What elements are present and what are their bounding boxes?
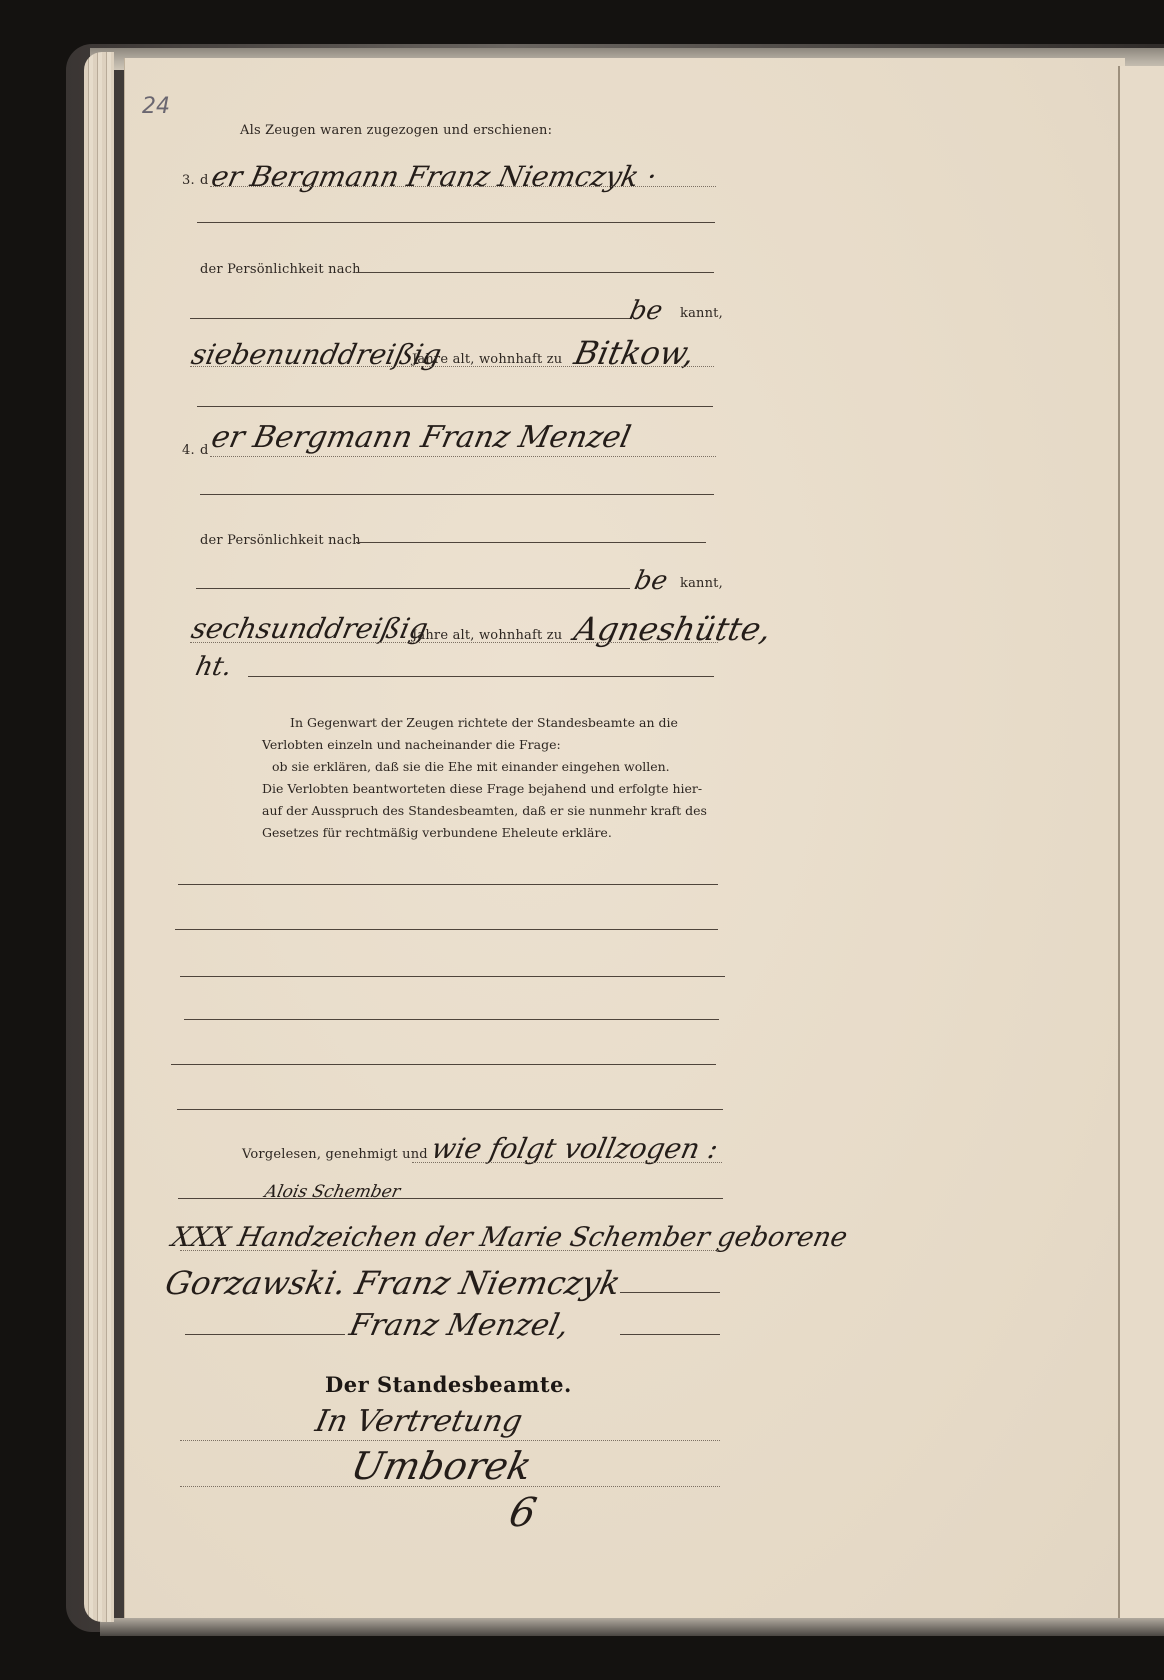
signature-line-4a xyxy=(185,1334,345,1335)
registrar-line-2 xyxy=(180,1486,720,1487)
ceremony-line-2: Verlobten einzeln und nacheinander die F… xyxy=(262,734,722,756)
ceremony-line-5: auf der Ausspruch des Standesbeamten, da… xyxy=(262,800,722,822)
blank-line-2 xyxy=(175,929,718,930)
witness-3-separator-line xyxy=(197,406,713,407)
witness-4-blank-line xyxy=(200,494,714,495)
witness-4-residence-continued: ht. xyxy=(193,652,235,682)
closing-line xyxy=(412,1162,722,1163)
witness-4-age: sechsunddreißig xyxy=(188,612,430,645)
witness-4-identity-label: der Persönlichkeit nach xyxy=(200,533,361,548)
page-number-pencil: 24 xyxy=(142,94,170,119)
witness-4-prefix: d xyxy=(200,443,209,458)
witness-4-continuation-line xyxy=(248,676,714,677)
witness-4-known-line xyxy=(196,588,630,589)
witness-3-residence-line xyxy=(190,366,714,367)
witness-4-residence-line xyxy=(190,642,718,643)
signature-niemczyk: Gorzawski. Franz Niemczyk xyxy=(162,1264,624,1302)
closing-handwritten: wie folgt vollzogen : xyxy=(428,1132,721,1165)
signature-alois: Alois Schember xyxy=(263,1182,402,1202)
ceremony-line-6: Gesetzes für rechtmäßig verbundene Ehele… xyxy=(262,822,722,844)
signature-line-4b xyxy=(620,1334,720,1335)
page-stack-edge xyxy=(84,52,114,1622)
witness-3-known-line xyxy=(190,318,630,319)
witness-4-number: 4. xyxy=(182,443,195,458)
witness-3-known-suffix: kannt, xyxy=(680,306,723,321)
registrar-line-1 xyxy=(180,1440,720,1441)
witness-4-name: er Bergmann Franz Menzel xyxy=(208,420,634,455)
witness-3-number: 3. xyxy=(182,173,195,188)
registrar-title: Der Standesbeamte. xyxy=(325,1372,572,1397)
witness-4-identity-line xyxy=(356,542,706,543)
witness-3-name: er Bergmann Franz Niemczyk · xyxy=(208,160,659,193)
witness-3-prefix: d xyxy=(200,173,209,188)
witness-4-age-label: Jahre alt, wohnhaft zu xyxy=(412,628,562,643)
signature-menzel: Franz Menzel, xyxy=(346,1308,572,1343)
signature-line-3 xyxy=(620,1292,720,1293)
registrar-deputy-note: In Vertretung xyxy=(312,1404,525,1439)
signature-line-2 xyxy=(180,1250,720,1251)
ceremony-line-1: In Gegenwart der Zeugen richtete der Sta… xyxy=(262,712,722,734)
ceremony-paragraph: In Gegenwart der Zeugen richtete der Sta… xyxy=(262,712,722,844)
facing-page-edge xyxy=(1120,66,1164,1618)
witness-4-name-line xyxy=(210,456,716,457)
witness-3-age-label: Jahre alt, wohnhaft zu xyxy=(412,352,562,367)
witness-3-identity-label: der Persönlichkeit nach xyxy=(200,262,361,277)
book-bottom-edge xyxy=(100,1618,1164,1636)
witness-4-known-handwritten: be xyxy=(632,566,670,596)
closing-label: Vorgelesen, genehmigt und xyxy=(242,1147,428,1162)
witness-3-blank-line xyxy=(197,222,715,223)
registrar-signature: Umborek xyxy=(347,1444,535,1488)
witness-3-name-line xyxy=(210,186,716,187)
blank-line-6 xyxy=(177,1109,723,1110)
blank-line-3 xyxy=(180,976,725,977)
ceremony-line-3: ob sie erklären, daß sie die Ehe mit ein… xyxy=(262,756,722,778)
signature-marie: XXX Handzeichen der Marie Schember gebor… xyxy=(169,1222,850,1253)
signature-line-1 xyxy=(178,1198,723,1199)
witness-3-known-handwritten: be xyxy=(627,296,665,326)
witness-3-identity-line xyxy=(356,272,714,273)
blank-line-4 xyxy=(184,1019,719,1020)
witness-4-known-suffix: kannt, xyxy=(680,576,723,591)
ceremony-line-4: Die Verlobten beantworteten diese Frage … xyxy=(262,778,722,800)
blank-line-5 xyxy=(171,1064,716,1065)
witnesses-intro: Als Zeugen waren zugezogen und erschiene… xyxy=(240,123,552,138)
blank-line-1 xyxy=(178,884,718,885)
